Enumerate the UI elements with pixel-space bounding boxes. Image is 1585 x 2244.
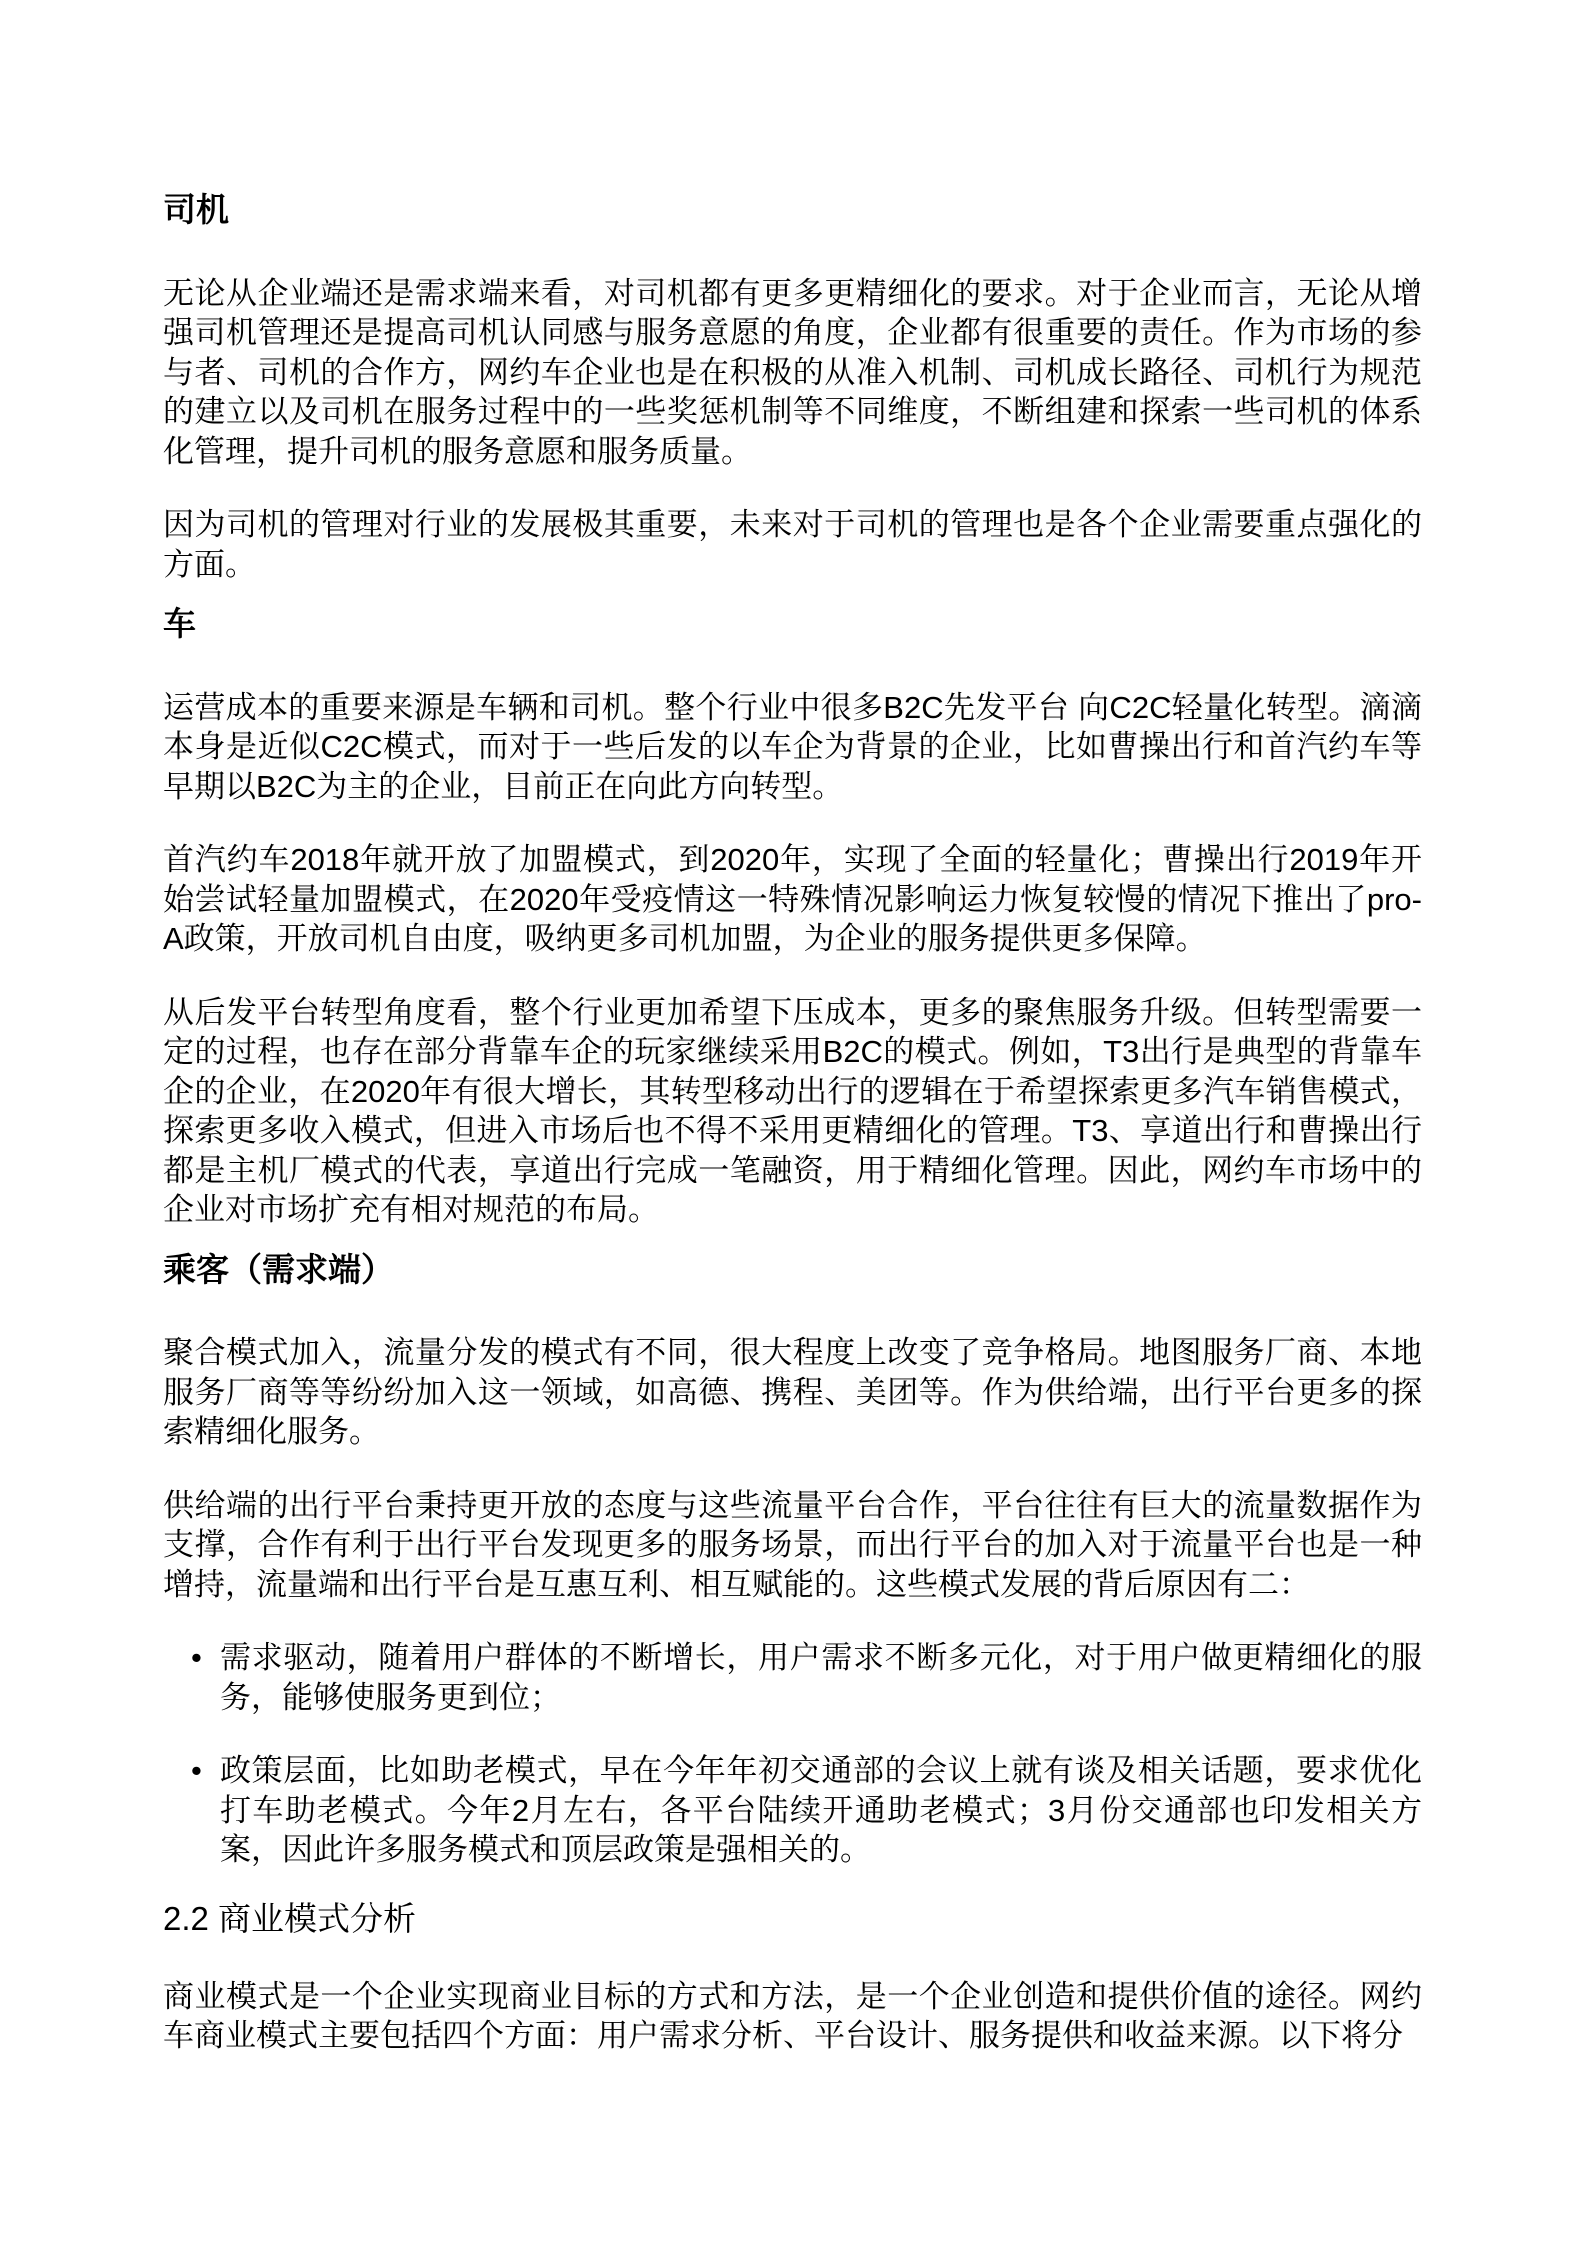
section-heading-business-model: 2.2 商业模式分析 <box>163 1896 1422 1942</box>
paragraph-car-1: 运营成本的重要来源是车辆和司机。整个行业中很多B2C先发平台 向C2C轻量化转型… <box>163 688 1422 807</box>
paragraph-driver-2: 因为司机的管理对行业的发展极其重要，未来对于司机的管理也是各个企业需要重点强化的… <box>163 505 1422 584</box>
paragraph-driver-1: 无论从企业端还是需求端来看，对司机都有更多更精细化的要求。对于企业而言，无论从增… <box>163 274 1422 472</box>
paragraph-passenger-1: 聚合模式加入，流量分发的模式有不同，很大程度上改变了竞争格局。地图服务厂商、本地… <box>163 1333 1422 1452</box>
section-heading-car: 车 <box>163 604 1422 644</box>
document-page: 司机 无论从企业端还是需求端来看，对司机都有更多更精细化的要求。对于企业而言，无… <box>0 0 1585 2244</box>
bullet-icon: • <box>191 1751 202 1791</box>
list-item-text: 需求驱动，随着用户群体的不断增长，用户需求不断多元化，对于用户做更精细化的服务，… <box>220 1640 1422 1715</box>
section-heading-driver: 司机 <box>163 190 1422 230</box>
bullet-list: • 需求驱动，随着用户群体的不断增长，用户需求不断多元化，对于用户做更精细化的服… <box>163 1638 1422 1870</box>
bullet-icon: • <box>191 1638 202 1678</box>
list-item: • 政策层面，比如助老模式，早在今年年初交通部的会议上就有谈及相关话题，要求优化… <box>163 1751 1422 1870</box>
paragraph-business-1: 商业模式是一个企业实现商业目标的方式和方法，是一个企业创造和提供价值的途径。网约… <box>163 1977 1422 2056</box>
paragraph-passenger-2: 供给端的出行平台秉持更开放的态度与这些流量平台合作，平台往往有巨大的流量数据作为… <box>163 1486 1422 1605</box>
list-item-text: 政策层面，比如助老模式，早在今年年初交通部的会议上就有谈及相关话题，要求优化打车… <box>220 1753 1422 1867</box>
paragraph-car-2: 首汽约车2018年就开放了加盟模式，到2020年，实现了全面的轻量化；曹操出行2… <box>163 840 1422 959</box>
section-heading-passenger: 乘客（需求端） <box>163 1250 1422 1290</box>
paragraph-car-3: 从后发平台转型角度看，整个行业更加希望下压成本，更多的聚焦服务升级。但转型需要一… <box>163 993 1422 1230</box>
list-item: • 需求驱动，随着用户群体的不断增长，用户需求不断多元化，对于用户做更精细化的服… <box>163 1638 1422 1717</box>
